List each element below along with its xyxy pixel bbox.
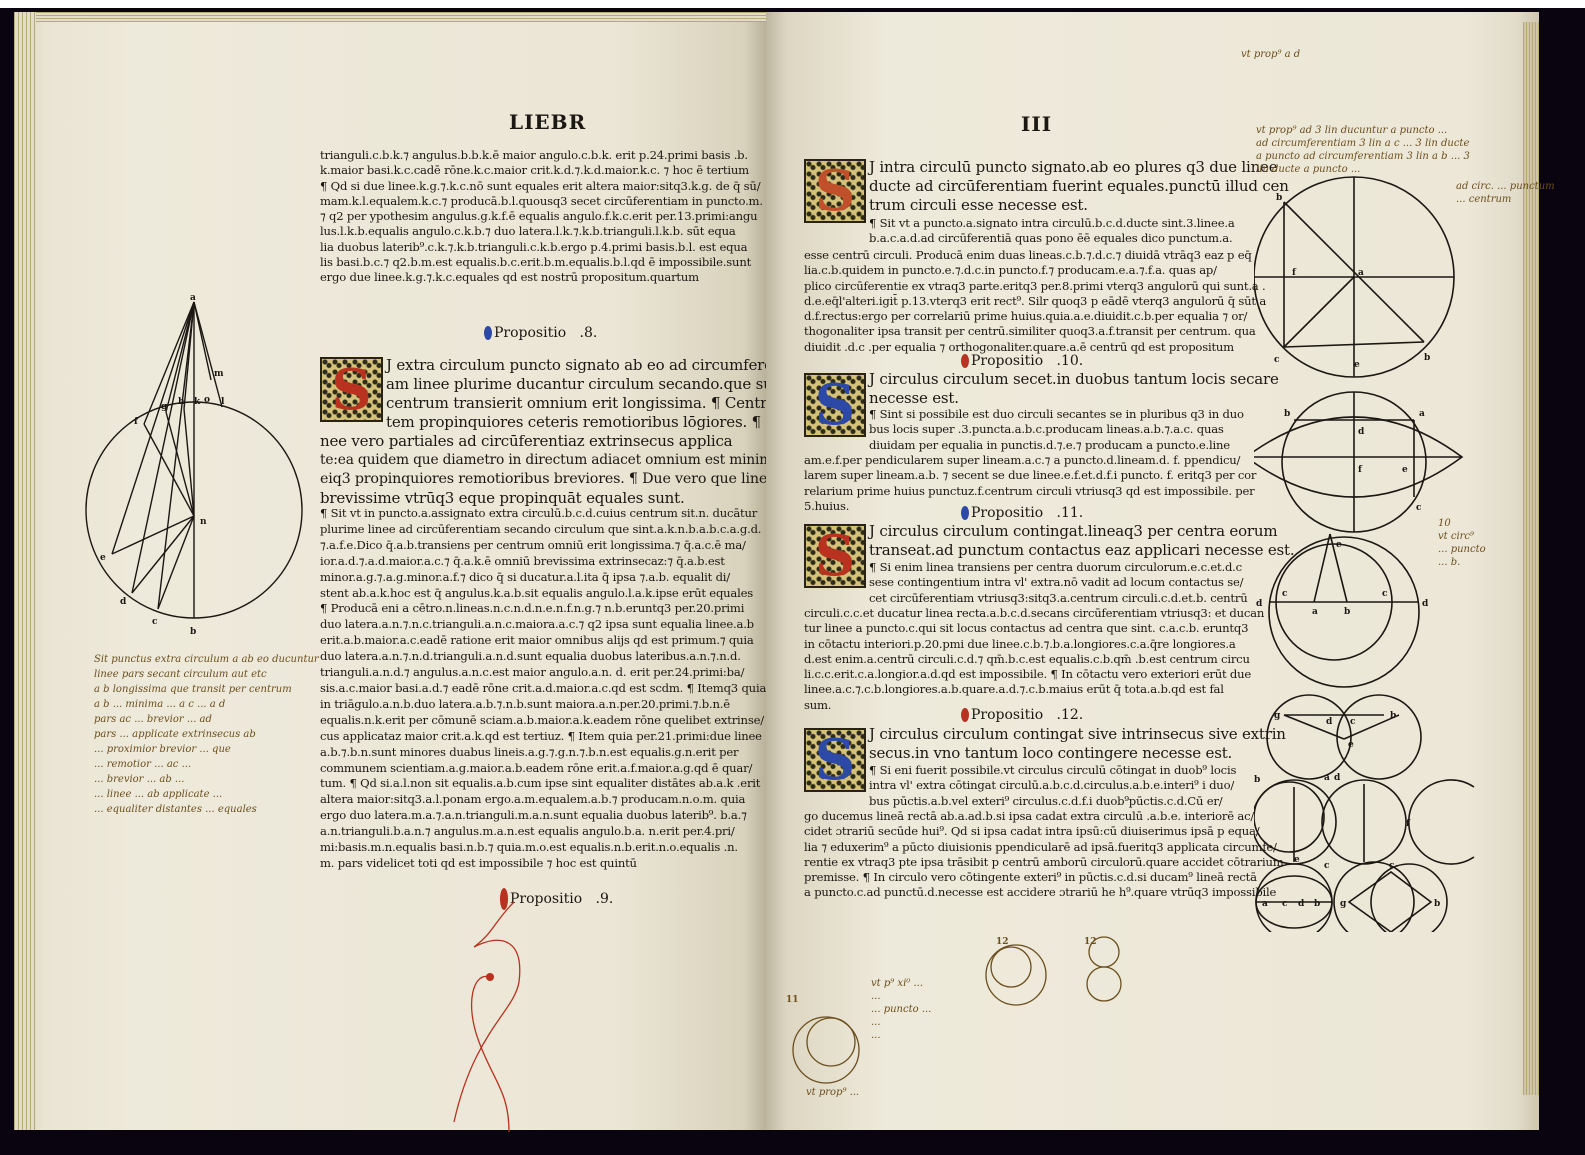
enunciation-9: J intra circulū puncto signato.ab eo plu… xyxy=(869,158,1289,215)
label-d: d xyxy=(1358,427,1365,437)
heading-text: Propositio xyxy=(971,353,1043,369)
proposition-number: .12. xyxy=(1057,707,1084,723)
text-line: cus applicataz maior crit.a.k.qd est ter… xyxy=(320,729,766,745)
note-line: vt p⁹ xi⁰ ... xyxy=(871,977,931,990)
text-line: secus.in vno tantum loco contingere nece… xyxy=(869,744,1286,763)
text-line: esse centrū circuli. Producā enim duas l… xyxy=(804,248,1266,263)
text-line: ¶ Sint si possibile est duo circuli seca… xyxy=(869,407,1244,422)
enunciation-8-tail: nee vero partiales ad circūferentiaz ext… xyxy=(320,432,784,508)
label-h: h xyxy=(178,397,185,407)
image-border-top xyxy=(0,0,8,8)
top-annotation: vt prop⁹ a d xyxy=(1241,48,1300,61)
text-line: trum circuli esse necesse est. xyxy=(869,196,1289,215)
text-line: altera maior:sitq3.a.l.ponam ergo.a.m.eq… xyxy=(320,792,766,808)
text-line: ⁊.a.f.e.Dico q̄.a.b.transiens per centru… xyxy=(320,538,766,554)
red-pen-flourish xyxy=(434,892,554,1132)
red-rubric-mark xyxy=(961,708,969,722)
text-line: a puncto.c.ad punctū.d.necesse est accid… xyxy=(804,885,1284,900)
proposition-heading-10: Propositio .10. xyxy=(961,353,1083,369)
label-d: d xyxy=(1334,773,1341,783)
note-line: ... xyxy=(871,1016,931,1029)
proof-10-head: ¶ Sint si possibile est duo circuli seca… xyxy=(869,407,1244,453)
marginal-annotation-bottom: vt p⁹ xi⁰ ... ... ... puncto ... ... ... xyxy=(871,977,931,1042)
proposition-number: .11. xyxy=(1057,505,1084,521)
label-c: c xyxy=(1350,717,1356,727)
footer-annotation: vt prop⁹ ... xyxy=(806,1086,859,1099)
proof-12-head: ¶ Si eni fuerit possibile.vt circulus ci… xyxy=(869,763,1236,809)
text-line: a.b.⁊.b.n.sunt minores duabus lineis.a.g… xyxy=(320,745,766,761)
text-line: larem super lineam.a.b. ⁊ secent se due … xyxy=(804,468,1256,483)
heading-text: Propositio xyxy=(971,707,1043,723)
text-line: tem propinquiores ceteris remotioribus l… xyxy=(386,413,799,432)
label-e: e xyxy=(1354,360,1360,370)
text-line: J extra circulum puncto signato ab eo ad… xyxy=(386,356,799,375)
label-d: d xyxy=(1326,717,1333,727)
figure-prop-12a xyxy=(1267,695,1421,779)
proof-11-head: ¶ Si enim linea transiens per centra duo… xyxy=(869,560,1248,606)
text-line: b.a.c.a.d.ad circūferentiā quas pono ēē … xyxy=(869,231,1235,246)
note-line: lin ducte a puncto ... xyxy=(1256,163,1470,176)
note-line: linee pars secant circulum aut etc xyxy=(94,667,319,682)
illuminated-initial-s: S xyxy=(804,524,866,588)
text-line: am.e.f.per pendicularem super lineam.a.c… xyxy=(804,453,1256,468)
label-c: c xyxy=(1382,589,1388,599)
proof-8: ¶ Sit vt in puncto.a.assignato extra cir… xyxy=(320,506,766,872)
heading-text: Propositio xyxy=(494,325,566,341)
marginal-annotation-prop10: 10 vt circ⁹ ... puncto ... b. xyxy=(1438,517,1486,569)
note-line: ... linee ... ab applicate ... xyxy=(94,787,319,802)
text-line: ior.a.d.⁊.a.d.maior.a.c.⁊ q̄.a.k.ē omniū… xyxy=(320,554,766,570)
label-d: d xyxy=(1256,599,1263,609)
text-line: cet circūferentiam vtriusq3:sitq3.a.cent… xyxy=(869,591,1248,606)
note-line: vt circ⁹ xyxy=(1438,530,1486,543)
label-c: c xyxy=(1389,861,1395,871)
label-c: c xyxy=(152,617,158,627)
label-c: c xyxy=(1282,589,1288,599)
initial-letter: S xyxy=(815,528,855,584)
proposition-number: .9. xyxy=(596,891,614,907)
figure-prop-12b xyxy=(1254,780,1474,864)
text-line: thogonaliter ipsa transit per centrū.sim… xyxy=(804,324,1266,339)
label-c: c xyxy=(1324,861,1330,871)
text-line: lia ⁊ eduxerim⁹ a pūcto diuisionis ppend… xyxy=(804,840,1284,855)
initial-letter: S xyxy=(815,732,855,788)
initial-letter: S xyxy=(815,377,855,433)
label-d: d xyxy=(120,597,127,607)
text-line: cidet ɔtrariū secūde hui⁹. Qd si ipsa ca… xyxy=(804,824,1284,839)
label-b: b xyxy=(1276,193,1282,203)
marginal-annotation-left: Sit punctus extra circulum a ab eo ducun… xyxy=(94,652,319,817)
initial-letter: S xyxy=(331,362,371,418)
label-f: f xyxy=(1406,819,1411,829)
blue-rubric-mark xyxy=(484,326,492,340)
enunciation-12: J circulus circulum contingat sive intri… xyxy=(869,725,1286,763)
text-line: J intra circulū puncto signato.ab eo plu… xyxy=(869,158,1289,177)
text-line: communem scientiam.a.g.maior.a.b.eadem r… xyxy=(320,761,766,777)
text-line: go ducemus lineā rectā ab.a.ad.b.si ipsa… xyxy=(804,809,1284,824)
proof-11-tail: circuli.c.c.et ducatur linea recta.a.b.c… xyxy=(804,606,1264,713)
text-line: ergo duo latera.m.a.⁊.a.n.trianguli.m.a.… xyxy=(320,808,766,824)
text-line: rentie ex vtraq3 pte ipsa trāsibit p cen… xyxy=(804,855,1284,870)
label-f: f xyxy=(1358,465,1363,475)
label-f: f xyxy=(134,417,139,427)
label-12: 12 xyxy=(1084,937,1097,947)
label-m: m xyxy=(214,369,224,379)
illuminated-initial-s: S xyxy=(804,728,866,792)
marginal-annotation-side: ad circ. ... punctum ... centrum xyxy=(1456,180,1555,206)
note-line: ... b. xyxy=(1438,556,1486,569)
text-line: ¶ Qd si due linee.k.g.⁊.k.c.nō sunt equa… xyxy=(320,179,763,194)
label-n: n xyxy=(200,517,207,527)
text-line: ¶ Si eni fuerit possibile.vt circulus ci… xyxy=(869,763,1236,778)
text-line: equalis.n.k.erit per cōmunē sciam.a.b.ma… xyxy=(320,713,766,729)
heading-text: Propositio xyxy=(971,505,1043,521)
text-line: ¶ Sit vt in puncto.a.assignato extra cir… xyxy=(320,506,766,522)
note-line: ad circumferentiam 3 lin a c ... 3 lin d… xyxy=(1256,137,1470,150)
text-line: lia.c.b.quidem in puncto.e.⁊.d.c.in punc… xyxy=(804,263,1266,278)
note-line: a b ... minima ... a c ... a d xyxy=(94,697,319,712)
illuminated-initial-s: S xyxy=(320,357,383,422)
proof-9-tail: esse centrū circuli. Producā enim duas l… xyxy=(804,248,1266,355)
figure-proposition-8: a m f g h k o l n e d c b xyxy=(74,294,324,654)
label-g: g xyxy=(161,402,168,412)
note-line: a b longissima que transit per centrum xyxy=(94,682,319,697)
label-o: o xyxy=(204,395,210,405)
label-e: e xyxy=(1402,465,1408,475)
label-b: b xyxy=(1434,899,1440,909)
text-line: ergo due linee.k.g.⁊.k.c.equales qd est … xyxy=(320,270,763,285)
text-line: J circulus circulum contingat sive intri… xyxy=(869,725,1286,744)
text-line: eiq3 propinquiores remotioribus breviore… xyxy=(320,470,784,489)
text-line: erit.a.b.maior.a.c.eadē ratione erit mai… xyxy=(320,633,766,649)
note-line: ... xyxy=(871,990,931,1003)
text-line: tur linee a puncto.c.qui sit locus conta… xyxy=(804,621,1264,636)
label-k: k xyxy=(194,397,201,407)
text-line: lus.l.k.b.equalis angulo.c.k.b.⁊ duo lat… xyxy=(320,224,763,239)
text-line: mi:basis.m.n.equalis basi.n.b.⁊ quia.m.o… xyxy=(320,840,766,856)
enunciation-10: J circulus circulum secet.in duobus tant… xyxy=(869,370,1279,408)
proposition-number: .10. xyxy=(1057,353,1084,369)
text-line: premisse. ¶ In circulo vero cōtingente e… xyxy=(804,870,1284,885)
proposition-number: .8. xyxy=(580,325,598,341)
note-line: ... centrum xyxy=(1456,193,1555,206)
proposition-heading-12: Propositio .12. xyxy=(961,707,1083,723)
label-c: c xyxy=(1274,355,1280,365)
blue-rubric-mark xyxy=(961,506,969,520)
text-line: te:ea quidem que diametro in directum ad… xyxy=(320,451,784,470)
label-e: e xyxy=(1348,740,1354,750)
note-line: ... puncto ... xyxy=(871,1003,931,1016)
label-d: d xyxy=(1422,599,1429,609)
text-line: sis.a.c.maior basi.a.d.⁊ eadē rōne crit.… xyxy=(320,681,766,697)
text-line: linee.a.c.⁊.c.b.longiores.a.b.quare.a.d.… xyxy=(804,682,1264,697)
figure-prop-9 xyxy=(1254,177,1454,377)
marginal-annotation-top-right: vt prop⁹ ad 3 lin ducuntur a puncto ... … xyxy=(1256,124,1470,176)
label-b: b xyxy=(1284,409,1290,419)
label-a: a xyxy=(1358,268,1364,278)
label-12: 12 xyxy=(996,937,1009,947)
text-line: ¶ Si enim linea transiens per centra duo… xyxy=(869,560,1248,575)
initial-letter: S xyxy=(815,163,855,219)
text-line: circuli.c.c.et ducatur linea recta.a.b.c… xyxy=(804,606,1264,621)
text-line: lis basi.b.c.⁊ q2.b.m.est equalis.b.c.er… xyxy=(320,255,763,270)
proof-12-tail: go ducemus lineā rectā ab.a.ad.b.si ipsa… xyxy=(804,809,1284,901)
text-line: bus pūctis.a.b.vel exteri⁹ circulus.c.d.… xyxy=(869,794,1236,809)
text-line: relarium prime huius punctuz.f.centrum c… xyxy=(804,484,1256,499)
text-line: plico circūferentie ex vtraq3 parte.erit… xyxy=(804,279,1266,294)
note-line: ... equaliter distantes ... equales xyxy=(94,802,319,817)
text-line: necesse est. xyxy=(869,389,1279,408)
text-line: ¶ Producā eni a cētro.n.lineas.n.c.n.d.n… xyxy=(320,601,766,617)
running-head-right: III xyxy=(1021,112,1052,136)
label-l: l xyxy=(221,397,225,407)
illuminated-initial-s: S xyxy=(804,373,866,437)
text-line: in triāgulo.a.n.b.duo latera.a.b.⁊.n.b.s… xyxy=(320,697,766,713)
page-edges-left xyxy=(14,12,36,1130)
label-g: g xyxy=(1274,711,1281,721)
text-line: diuidam per equalia in punctis.d.⁊.e.⁊ p… xyxy=(869,438,1244,453)
text-line: in cōtactu interiori.p.20.pmi due linee.… xyxy=(804,637,1264,652)
note-line: pars ac ... brevior ... ad xyxy=(94,712,319,727)
figure-prop-12c xyxy=(1256,862,1447,932)
label-11: 11 xyxy=(786,995,799,1005)
label-c: c xyxy=(1282,899,1288,909)
text-line: stent ab.a.k.hoc est q̄ angulus.k.a.b.si… xyxy=(320,586,766,602)
text-line: J circulus circulum contingat.lineaq3 pe… xyxy=(869,522,1294,541)
label-e: e xyxy=(1294,855,1300,865)
text-line: duo latera.a.n.⁊.n.c.trianguli.a.n.c.mai… xyxy=(320,617,766,633)
text-line: plurime linee ad circūferentiam secando … xyxy=(320,522,766,538)
label-a: a xyxy=(1324,773,1330,783)
label-a: a xyxy=(190,294,196,303)
red-rubric-mark xyxy=(961,354,969,368)
label-e: e xyxy=(1336,540,1342,550)
label-b: b xyxy=(1314,899,1320,909)
note-line: ... xyxy=(871,1029,931,1042)
left-page: LIEBR trianguli.c.b.k.⁊ angulus.b.b.k.ē … xyxy=(14,12,766,1130)
note-line: ... puncto xyxy=(1438,543,1486,556)
text-line: d.f.rectus:ergo per correlariū prime hui… xyxy=(804,309,1266,324)
text-line: a.n.trianguli.b.a.n.⁊ angulus.m.a.n.est … xyxy=(320,824,766,840)
label-b: b xyxy=(1424,353,1430,363)
text-line: am linee plurime ducantur circulum secan… xyxy=(386,375,799,394)
text-line: mam.k.l.equalem.k.c.⁊ producā.b.l.quousq… xyxy=(320,194,763,209)
text-line: ⁊ q2 per ypothesim angulus.g.k.f.ē equal… xyxy=(320,209,763,224)
proposition-heading-11: Propositio .11. xyxy=(961,505,1083,521)
text-line: d.est enim.a.centrū circuli.c.d.⁊ qm̄.b.… xyxy=(804,652,1264,667)
text-line: ¶ Sit vt a puncto.a.signato intra circul… xyxy=(869,216,1235,231)
note-line: ... brevior ... ab ... xyxy=(94,772,319,787)
label-a: a xyxy=(1419,409,1425,419)
text-line: minor.a.g.⁊.a.g.minor.a.f.⁊ dico q̄ si d… xyxy=(320,570,766,586)
label-a: a xyxy=(1262,899,1268,909)
proposition-heading-8: Propositio .8. xyxy=(484,325,597,341)
text-line: trianguli.a.n.d.⁊ angulus.a.n.c.est maio… xyxy=(320,665,766,681)
text-line: duo latera.a.n.⁊.n.d.trianguli.a.n.d.sun… xyxy=(320,649,766,665)
note-line: ad circ. ... punctum xyxy=(1456,180,1555,193)
label-e: e xyxy=(100,553,106,563)
label-a: a xyxy=(1312,607,1318,617)
label-d: d xyxy=(1298,899,1305,909)
label-b: b xyxy=(190,627,196,637)
right-page: III vt prop⁹ a d S J intra circulū punct… xyxy=(766,12,1539,1130)
text-line: d.e.eq̄l'alteri.igit̄ p.13.vterq3 erit r… xyxy=(804,294,1266,309)
enunciation-11: J circulus circulum contingat.lineaq3 pe… xyxy=(869,522,1294,560)
text-line: li.c.c.erit.c.a.longior.a.d.qd est impos… xyxy=(804,667,1264,682)
label-g: g xyxy=(1340,899,1347,909)
text-line: lia duobus laterib⁹.c.k.⁊.k.b.trianguli.… xyxy=(320,240,763,255)
note-line: 10 xyxy=(1438,517,1486,530)
text-line: ducte ad circūferentiam fuerint equales.… xyxy=(869,177,1289,196)
running-head-left: LIEBR xyxy=(509,110,586,134)
enunciation-8-head: J extra circulum puncto signato ab eo ad… xyxy=(386,356,799,432)
note-line: pars ... applicate extrinsecus ab xyxy=(94,727,319,742)
text-line: J circulus circulum secet.in duobus tant… xyxy=(869,370,1279,389)
image-border-top xyxy=(265,0,1215,8)
note-line: ... proximior brevior ... que xyxy=(94,742,319,757)
note-line: vt prop⁹ ad 3 lin ducuntur a puncto ... xyxy=(1256,124,1470,137)
note-line: ... remotior ... ac ... xyxy=(94,757,319,772)
figures-column: b f a c e b b a d f e c e c c d a b d g xyxy=(1254,172,1544,932)
proof-9-head: ¶ Sit vt a puncto.a.signato intra circul… xyxy=(869,216,1235,247)
text-line: k.maior basi.k.c.cadē rōne.k.c.maior cri… xyxy=(320,163,763,178)
open-book: LIEBR trianguli.c.b.k.⁊ angulus.b.b.k.ē … xyxy=(14,12,1539,1130)
text-line: m. pars videlicet toti qd est impossibil… xyxy=(320,856,766,872)
label-b: b xyxy=(1254,775,1260,785)
bottom-sketches: 12 12 11 xyxy=(786,932,1126,1132)
text-line: sese contingentium intra vl' extra.nō va… xyxy=(869,575,1248,590)
text-line: intra vl' extra cōtingat circulū.a.b.c.d… xyxy=(869,778,1236,793)
text-line: nee vero partiales ad circūferentiaz ext… xyxy=(320,432,784,451)
continuation-text: trianguli.c.b.k.⁊ angulus.b.b.k.ē maior … xyxy=(320,148,763,286)
illuminated-initial-s: S xyxy=(804,159,866,223)
note-line: a puncto ad circumferentiam 3 lin a b ..… xyxy=(1256,150,1470,163)
note-line: Sit punctus extra circulum a ab eo ducun… xyxy=(94,652,319,667)
label-b: b xyxy=(1390,711,1396,721)
text-line: bus locis super .3.puncta.a.b.c.producam… xyxy=(869,422,1244,437)
text-line: centrum transierit omnium erit longissim… xyxy=(386,394,799,413)
label-c: c xyxy=(1416,503,1422,513)
text-line: trianguli.c.b.k.⁊ angulus.b.b.k.ē maior … xyxy=(320,148,763,163)
label-b: b xyxy=(1344,607,1350,617)
text-line: tum. ¶ Qd si.a.l.non sit equalis.a.b.cum… xyxy=(320,776,766,792)
text-line: transeat.ad punctum contactus eaz applic… xyxy=(869,541,1294,560)
page-edge-top xyxy=(14,12,766,22)
